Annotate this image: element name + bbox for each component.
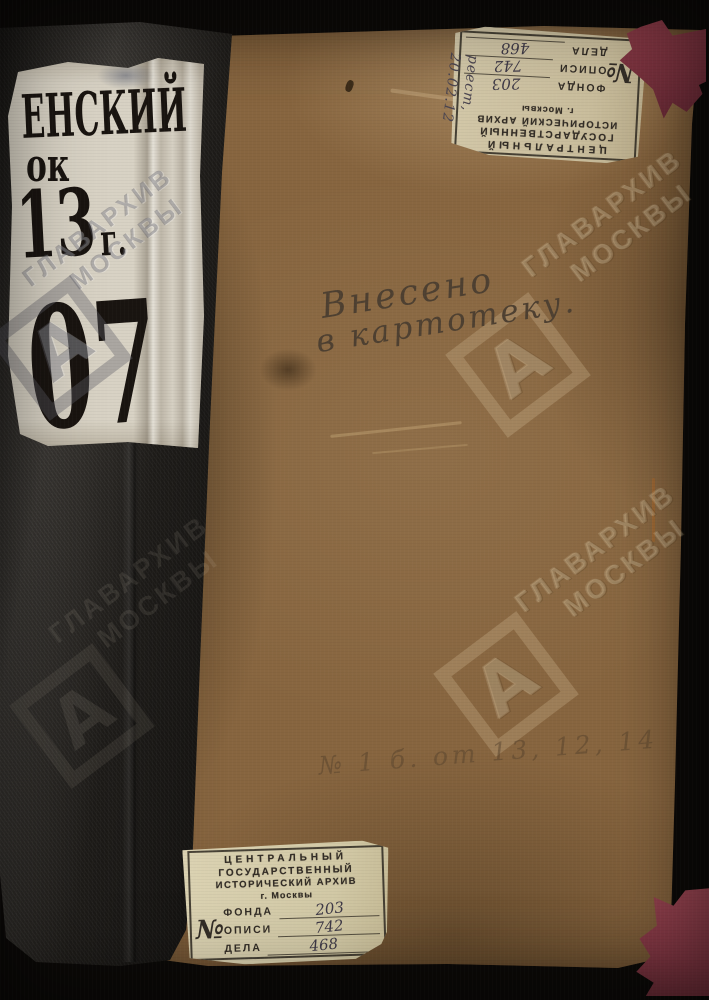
book-front-cover (148, 24, 704, 974)
delo-number: 468 (309, 935, 339, 956)
archive-name: ЦЕНТРАЛЬНЫЙ ГОСУДАРСТВЕННЫЙ ИСТОРИЧЕСКИЙ… (460, 99, 632, 156)
numero-sign: № (195, 915, 222, 946)
archive-name: ЦЕНТРАЛЬНЫЙ ГОСУДАРСТВЕННЫЙ ИСТОРИЧЕСКИЙ… (193, 850, 378, 904)
watermark-logo-letter: А (39, 672, 124, 761)
delo-number: 468 (500, 39, 529, 57)
archive-stamp-box: ЦЕНТРАЛЬНЫЙ ГОСУДАРСТВЕННЫЙ ИСТОРИЧЕСКИЙ… (187, 845, 386, 961)
archive-stamp-bottom: ЦЕНТРАЛЬНЫЙ ГОСУДАРСТВЕННЫЙ ИСТОРИЧЕСКИЙ… (182, 840, 392, 966)
watermark-logo-letter: А (17, 304, 102, 393)
watermark-logo-letter: А (463, 640, 548, 729)
archival-book-cover-photo: ГЛАВАРХИВ МОСКВЫ А ГЛАВАРХИВ МОСКВЫ А ГЛ… (0, 0, 709, 1000)
watermark-logo-letter: А (475, 321, 560, 410)
opis-number: 742 (314, 916, 344, 937)
fond-number: 203 (492, 75, 521, 93)
archive-stamp-top: ЦЕНТРАЛЬНЫЙ ГОСУДАРСТВЕННЫЙ ИСТОРИЧЕСКИЙ… (449, 25, 648, 167)
archive-stamp-box: ЦЕНТРАЛЬНЫЙ ГОСУДАРСТВЕННЫЙ ИСТОРИЧЕСКИЙ… (454, 30, 642, 161)
opis-number: 742 (494, 57, 523, 75)
